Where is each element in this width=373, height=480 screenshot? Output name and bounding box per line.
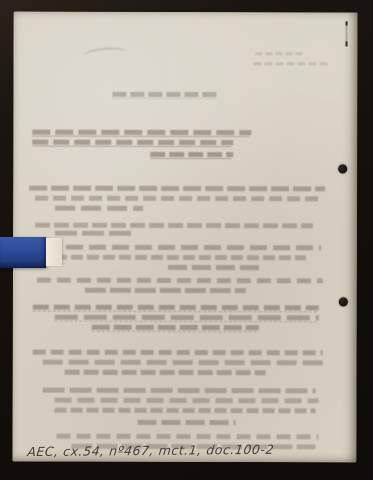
body-line	[56, 434, 318, 440]
pencil-scribble	[83, 46, 128, 63]
body-line	[65, 370, 266, 376]
staple-mark	[345, 21, 347, 46]
heading-line	[32, 130, 251, 136]
heading-line	[32, 140, 233, 146]
body-line	[85, 288, 246, 293]
archival-annotation: AEC, cx.54, nº467, mct.1, doc.100-2	[27, 442, 275, 459]
body-line	[55, 315, 319, 321]
tab-paper-strip	[46, 238, 62, 266]
punch-hole	[339, 297, 348, 306]
page: AEC, cx.54, nº467, mct.1, doc.100-2	[12, 12, 357, 463]
body-line	[138, 420, 236, 425]
stamp-line	[255, 52, 303, 55]
blue-index-tab	[0, 237, 46, 268]
stamp-line	[253, 62, 329, 65]
body-line	[168, 265, 259, 270]
body-line	[35, 223, 313, 229]
body-line	[33, 350, 323, 356]
body-line	[55, 231, 136, 236]
punch-holes	[14, 12, 358, 13]
body-line	[55, 206, 143, 211]
scan-backdrop: AEC, cx.54, nº467, mct.1, doc.100-2	[0, 0, 373, 480]
typed-text-block	[14, 12, 358, 13]
body-line	[55, 255, 306, 261]
body-line	[55, 408, 316, 414]
body-line	[33, 305, 319, 311]
body-line	[43, 245, 321, 251]
punch-hole	[338, 164, 347, 173]
body-line	[37, 278, 323, 284]
body-line	[92, 325, 259, 330]
body-line	[29, 186, 325, 192]
heading-line	[150, 152, 233, 157]
body-line	[43, 388, 316, 394]
body-line	[55, 398, 319, 404]
body-line	[43, 360, 323, 366]
title-line	[112, 92, 216, 97]
body-line	[35, 196, 319, 202]
